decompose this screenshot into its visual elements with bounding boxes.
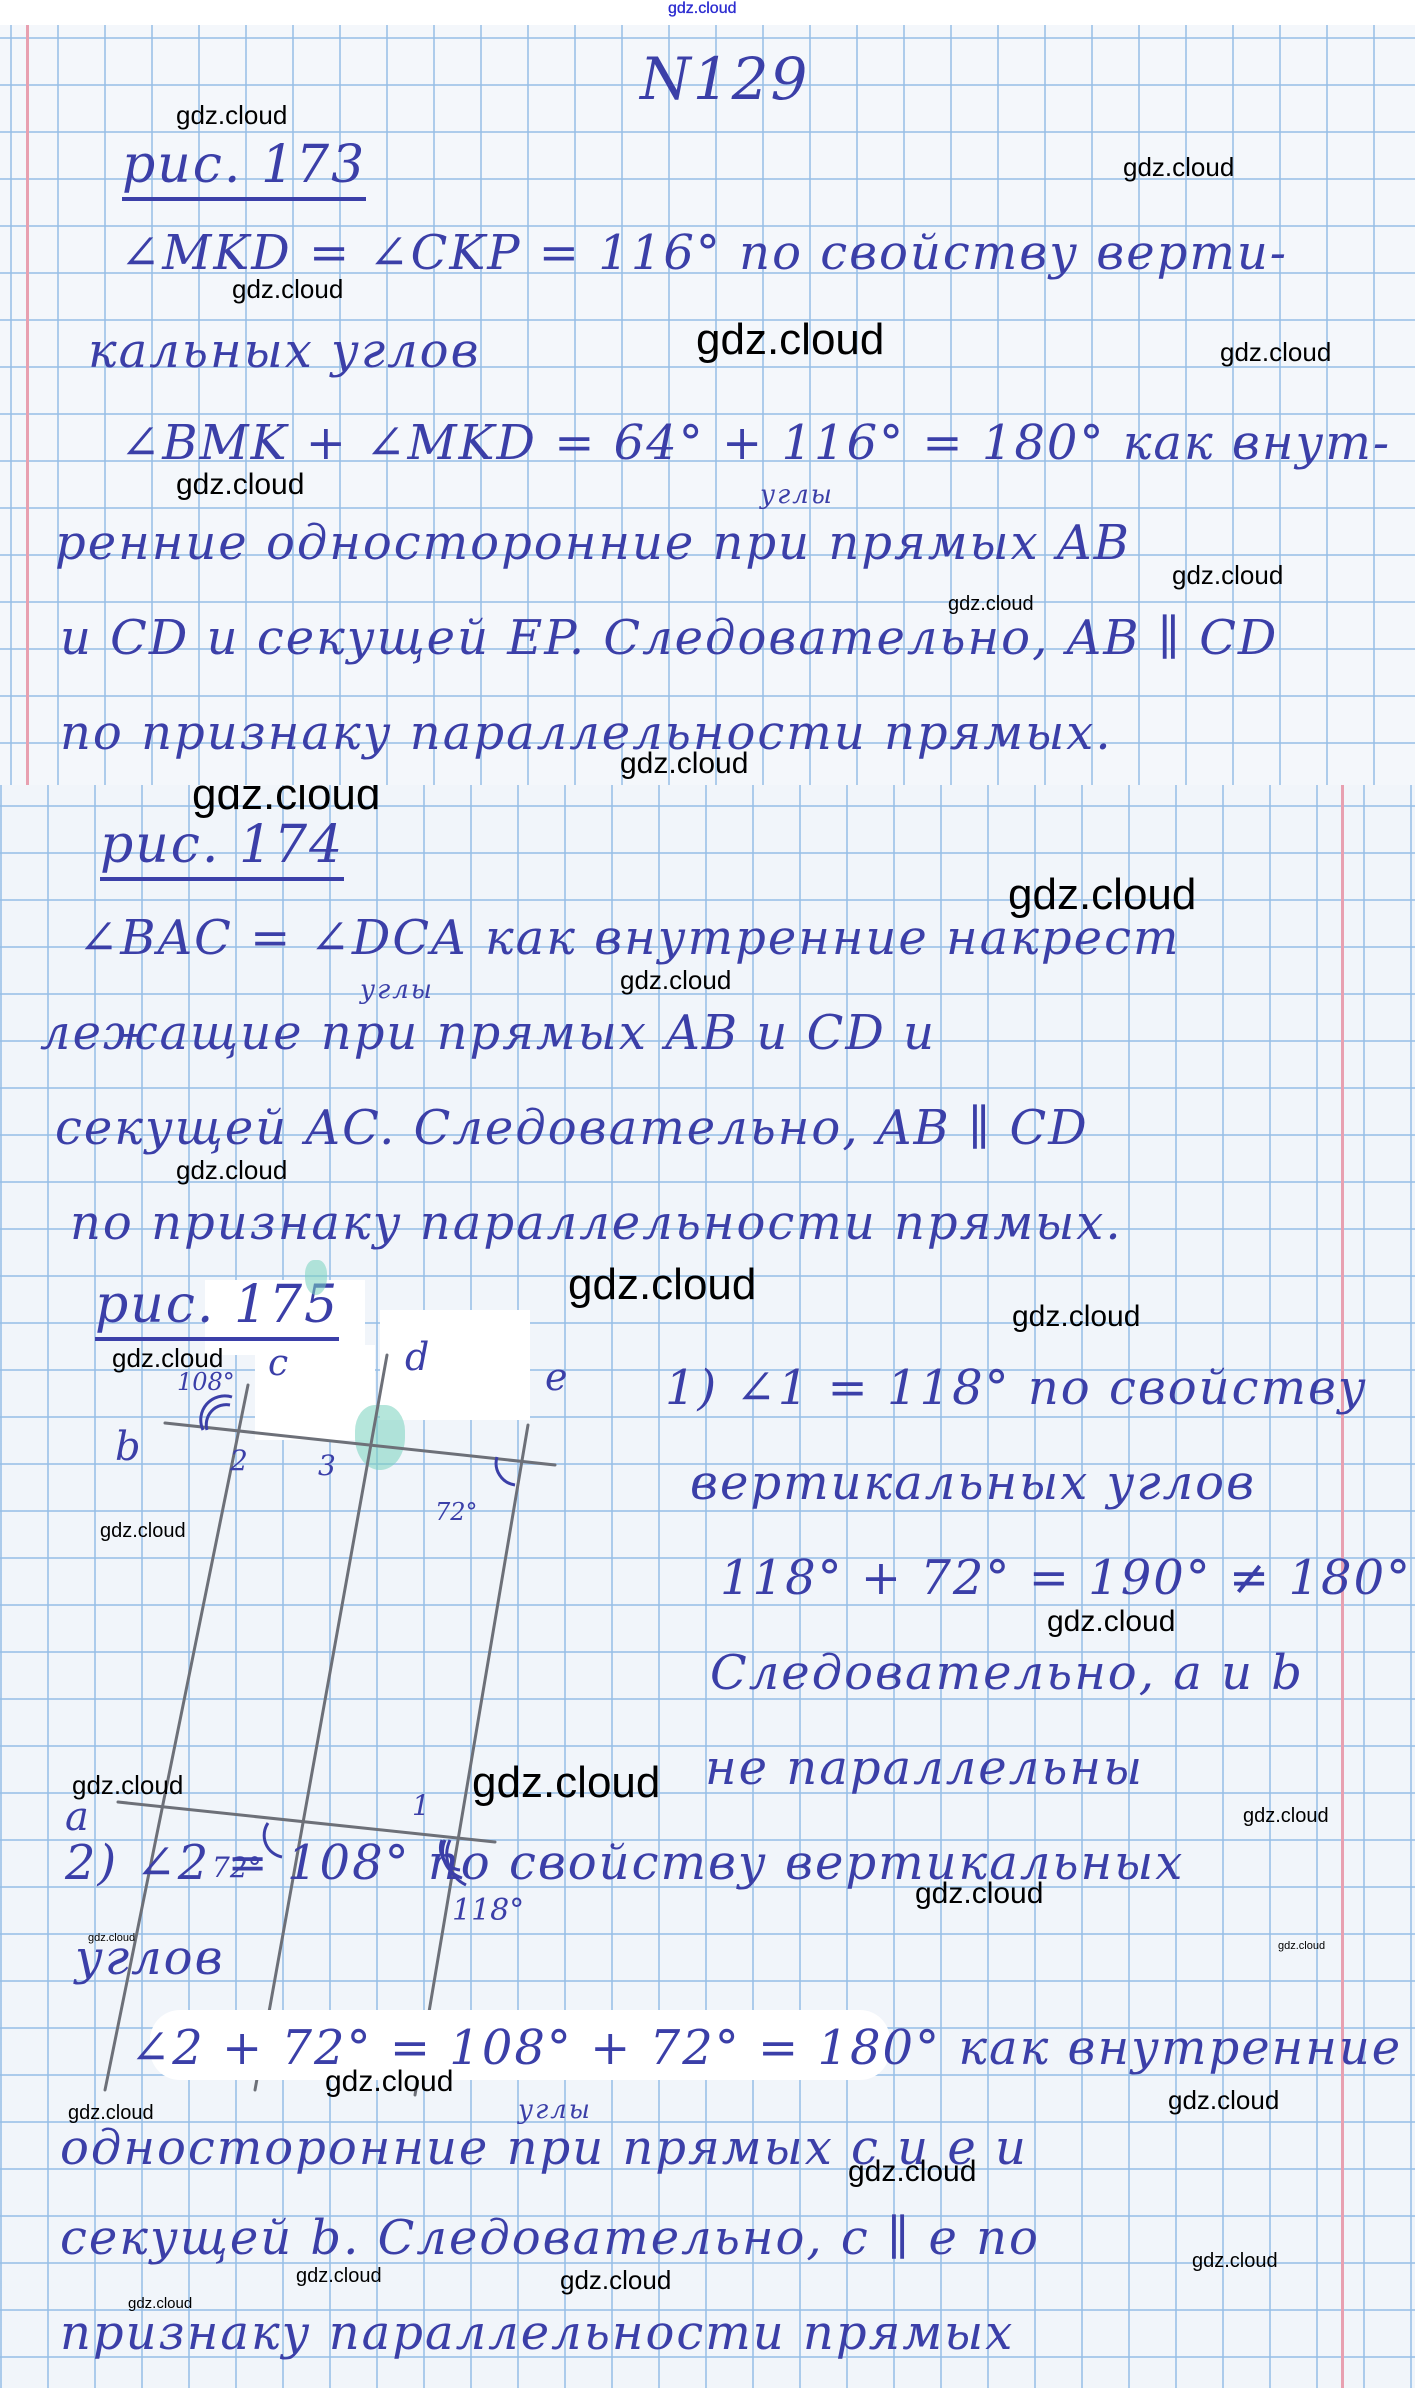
watermark: gdz.cloud bbox=[1168, 2085, 1279, 2116]
watermark: gdz.cloud bbox=[1172, 560, 1283, 591]
solution-line: кальных углов bbox=[88, 323, 481, 379]
angle-label: 72° bbox=[435, 1498, 478, 1526]
watermark: gdz.cloud bbox=[1278, 1940, 1325, 1952]
watermark: gdz.cloud bbox=[176, 100, 287, 131]
line-label: c bbox=[268, 1343, 288, 1384]
angle-number: 3 bbox=[318, 1449, 336, 1482]
margin-line bbox=[26, 25, 29, 785]
watermark: gdz.cloud bbox=[176, 1155, 287, 1186]
watermark: gdz.cloud bbox=[88, 1932, 135, 1944]
header-watermark: gdz.cloud bbox=[668, 0, 737, 18]
insert-note: углы bbox=[760, 480, 834, 510]
angle-number: 2 bbox=[229, 1444, 248, 1477]
solution-line: и CD и секущей EP. Следовательно, AB ∥ C… bbox=[60, 610, 1278, 666]
solution-line: секущей b. Следовательно, c ∥ e по bbox=[60, 2210, 1040, 2266]
notebook-page-2: рис. 174 ∠BAC = ∠DCA как внутренние накр… bbox=[0, 785, 1415, 2388]
solution-line: вертикальных углов bbox=[690, 1455, 1256, 1511]
watermark: gdz.cloud bbox=[232, 274, 343, 305]
watermark: gdz.cloud bbox=[948, 593, 1034, 616]
watermark: gdz.cloud bbox=[696, 315, 884, 365]
solution-line: ренние односторонние при прямых AB bbox=[55, 515, 1131, 571]
notebook-page-1: N129 рис. 173 ∠MKD = ∠CKP = 116° по свой… bbox=[0, 25, 1415, 785]
watermark: gdz.cloud bbox=[620, 747, 748, 781]
line-label: d bbox=[405, 1335, 429, 1379]
watermark: gdz.cloud bbox=[1008, 870, 1196, 920]
watermark: gdz.cloud bbox=[620, 965, 731, 996]
solution-line: ∠BMK + ∠MKD = 64° + 116° = 180° как внут… bbox=[120, 415, 1391, 471]
watermark: gdz.cloud bbox=[1123, 152, 1234, 183]
solution-line: не параллельны bbox=[705, 1740, 1144, 1796]
solution-line: 1) ∠1 = 118° по свойству bbox=[665, 1360, 1368, 1416]
watermark: gdz.cloud bbox=[128, 2295, 192, 2312]
solution-line: 118° + 72° = 190° ≠ 180° bbox=[720, 1550, 1412, 1606]
line-label: b bbox=[115, 1424, 141, 1470]
watermark: gdz.cloud bbox=[560, 2265, 671, 2296]
watermark: gdz.cloud bbox=[192, 785, 380, 820]
watermark: gdz.cloud bbox=[915, 1877, 1043, 1911]
watermark: gdz.cloud bbox=[1012, 1300, 1140, 1334]
watermark: gdz.cloud bbox=[1243, 1805, 1329, 1828]
solution-line: по признаку параллельности прямых. bbox=[60, 705, 1113, 761]
task-number: N129 bbox=[640, 45, 809, 113]
watermark: gdz.cloud bbox=[176, 468, 304, 502]
angle-number: 1 bbox=[412, 1789, 430, 1822]
solution-line: Следовательно, a и b bbox=[710, 1645, 1304, 1701]
solution-line: ∠2 + 72° = 108° + 72° = 180° как внутрен… bbox=[130, 2020, 1402, 2076]
watermark: gdz.cloud bbox=[568, 1260, 756, 1310]
angle-label: 118° bbox=[452, 1893, 524, 1928]
watermark: gdz.cloud bbox=[72, 1770, 183, 1801]
watermark: gdz.cloud bbox=[325, 2065, 453, 2099]
solution-line: ∠MKD = ∠CKP = 116° по свойству верти- bbox=[120, 225, 1288, 281]
watermark: gdz.cloud bbox=[100, 1520, 186, 1543]
watermark: gdz.cloud bbox=[472, 1758, 660, 1808]
watermark: gdz.cloud bbox=[68, 2102, 154, 2125]
watermark: gdz.cloud bbox=[1047, 1605, 1175, 1639]
watermark: gdz.cloud bbox=[848, 2155, 976, 2189]
watermark: gdz.cloud bbox=[1220, 337, 1331, 368]
figure-label-173: рис. 173 bbox=[122, 135, 366, 201]
watermark: gdz.cloud bbox=[1192, 2250, 1278, 2273]
watermark: gdz.cloud bbox=[112, 1343, 223, 1374]
watermark: gdz.cloud bbox=[296, 2265, 382, 2288]
line-label: e bbox=[545, 1355, 568, 1399]
solution-line: признаку параллельности прямых bbox=[60, 2305, 1014, 2361]
